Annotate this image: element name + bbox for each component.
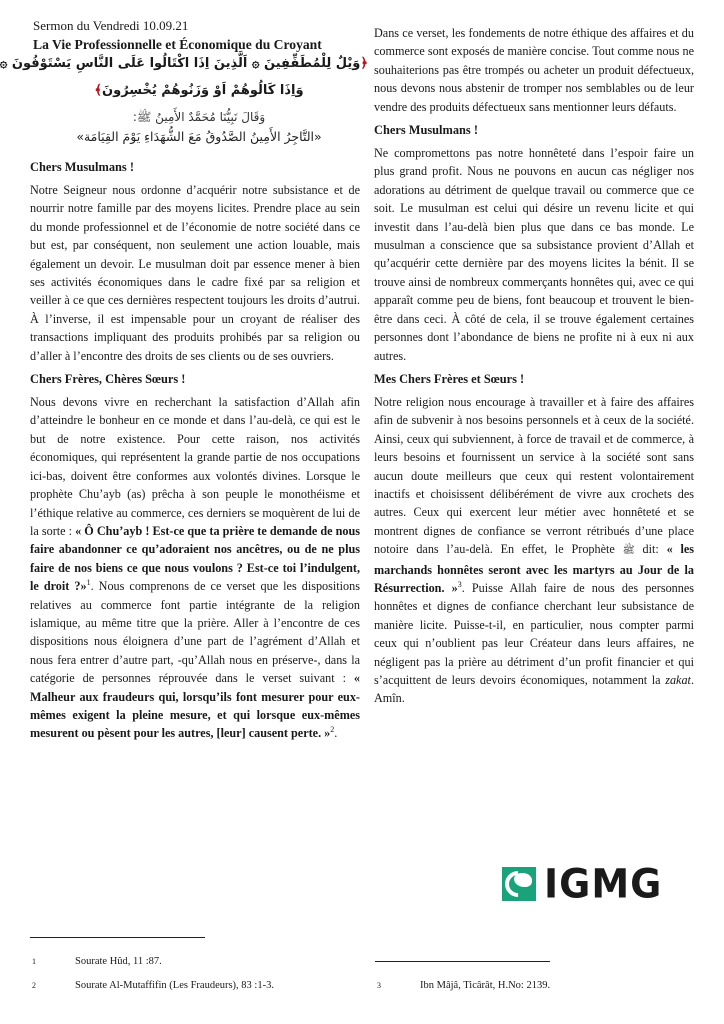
footnote-divider xyxy=(375,961,550,962)
footnote-divider xyxy=(30,937,205,938)
paragraph-text: Notre religion nous encourage à travaill… xyxy=(374,395,694,556)
footnote-number: 3 xyxy=(377,981,381,990)
footnote-text: Ibn Mâjâ, Ticârât, H.No: 2139. xyxy=(420,980,550,991)
arabic-verse-text-1: وَيْلٌ لِلْمُطَفِّفِينَ ۞ اَلَّذِينَ اِذ… xyxy=(0,56,360,71)
paragraph: Dans ce verset, les fondements de notre … xyxy=(374,24,694,116)
arabic-hadith: «التَّاجِرُ الأَمِينُ الصَّدُوقُ مَعَ ال… xyxy=(30,129,368,144)
right-column: Dans ce verset, les fondements de notre … xyxy=(374,24,694,715)
arabic-verse-line-2: وَاِذَا كَالُوهُمْ اَوْ وَزَنُوهُمْ يُخْ… xyxy=(30,83,368,98)
crescent-map-icon xyxy=(502,867,536,901)
paragraph: Ne compromettons pas notre honnêteté dan… xyxy=(374,144,694,365)
logo-text: IGMG xyxy=(544,866,662,902)
paragraph: Nous devons vivre en recherchant la sati… xyxy=(30,393,360,743)
footnote-number: 1 xyxy=(32,957,36,966)
footnote-text: Sourate Al-Mutaffifin (Les Fraudeurs), 8… xyxy=(75,980,274,991)
paragraph: Notre religion nous encourage à travaill… xyxy=(374,393,694,708)
section-heading: Chers Frères, Chères Sœurs ! xyxy=(30,372,360,387)
ornate-bracket-open: ﴿ xyxy=(360,56,368,71)
sermon-title: La Vie Professionnelle et Économique du … xyxy=(33,37,322,53)
section-heading: Mes Chers Frères et Sœurs ! xyxy=(374,372,694,387)
salawat-glyph: ﷺ xyxy=(623,545,635,556)
igmg-logo: IGMG xyxy=(502,867,662,901)
paragraph-text: . xyxy=(334,726,337,740)
paragraph-text: . Nous comprenons de ce verset que les d… xyxy=(30,579,360,685)
ornate-bracket-close: ﴾ xyxy=(94,83,102,98)
arabic-verse-text-2: وَاِذَا كَالُوهُمْ اَوْ وَزَنُوهُمْ يُخْ… xyxy=(102,83,304,98)
paragraph-text: . Puisse Allah faire de nous des personn… xyxy=(374,581,694,687)
paragraph-text: Nous devons vivre en recherchant la sati… xyxy=(30,395,360,538)
sermon-date: Sermon du Vendredi 10.09.21 xyxy=(33,18,188,34)
left-column: Chers Musulmans ! Notre Seigneur nous or… xyxy=(30,160,360,750)
arabic-verse-line-1: ﴿وَيْلٌ لِلْمُطَفِّفِينَ ۞ اَلَّذِينَ اِ… xyxy=(30,56,368,71)
paragraph: Notre Seigneur nous ordonne d’acquérir n… xyxy=(30,181,360,365)
footnote-number: 2 xyxy=(32,981,36,990)
footnote-text: Sourate Hûd, 11 :87. xyxy=(75,956,162,967)
zakat-term: zakat xyxy=(665,673,691,687)
section-heading: Chers Musulmans ! xyxy=(374,123,694,138)
section-heading: Chers Musulmans ! xyxy=(30,160,360,175)
arabic-hadith-intro: وَقَالَ نَبِيُّنَا مُحَمَّدٌ الأَمِينُ ﷺ… xyxy=(30,110,368,127)
paragraph-text: dit: xyxy=(635,542,667,556)
